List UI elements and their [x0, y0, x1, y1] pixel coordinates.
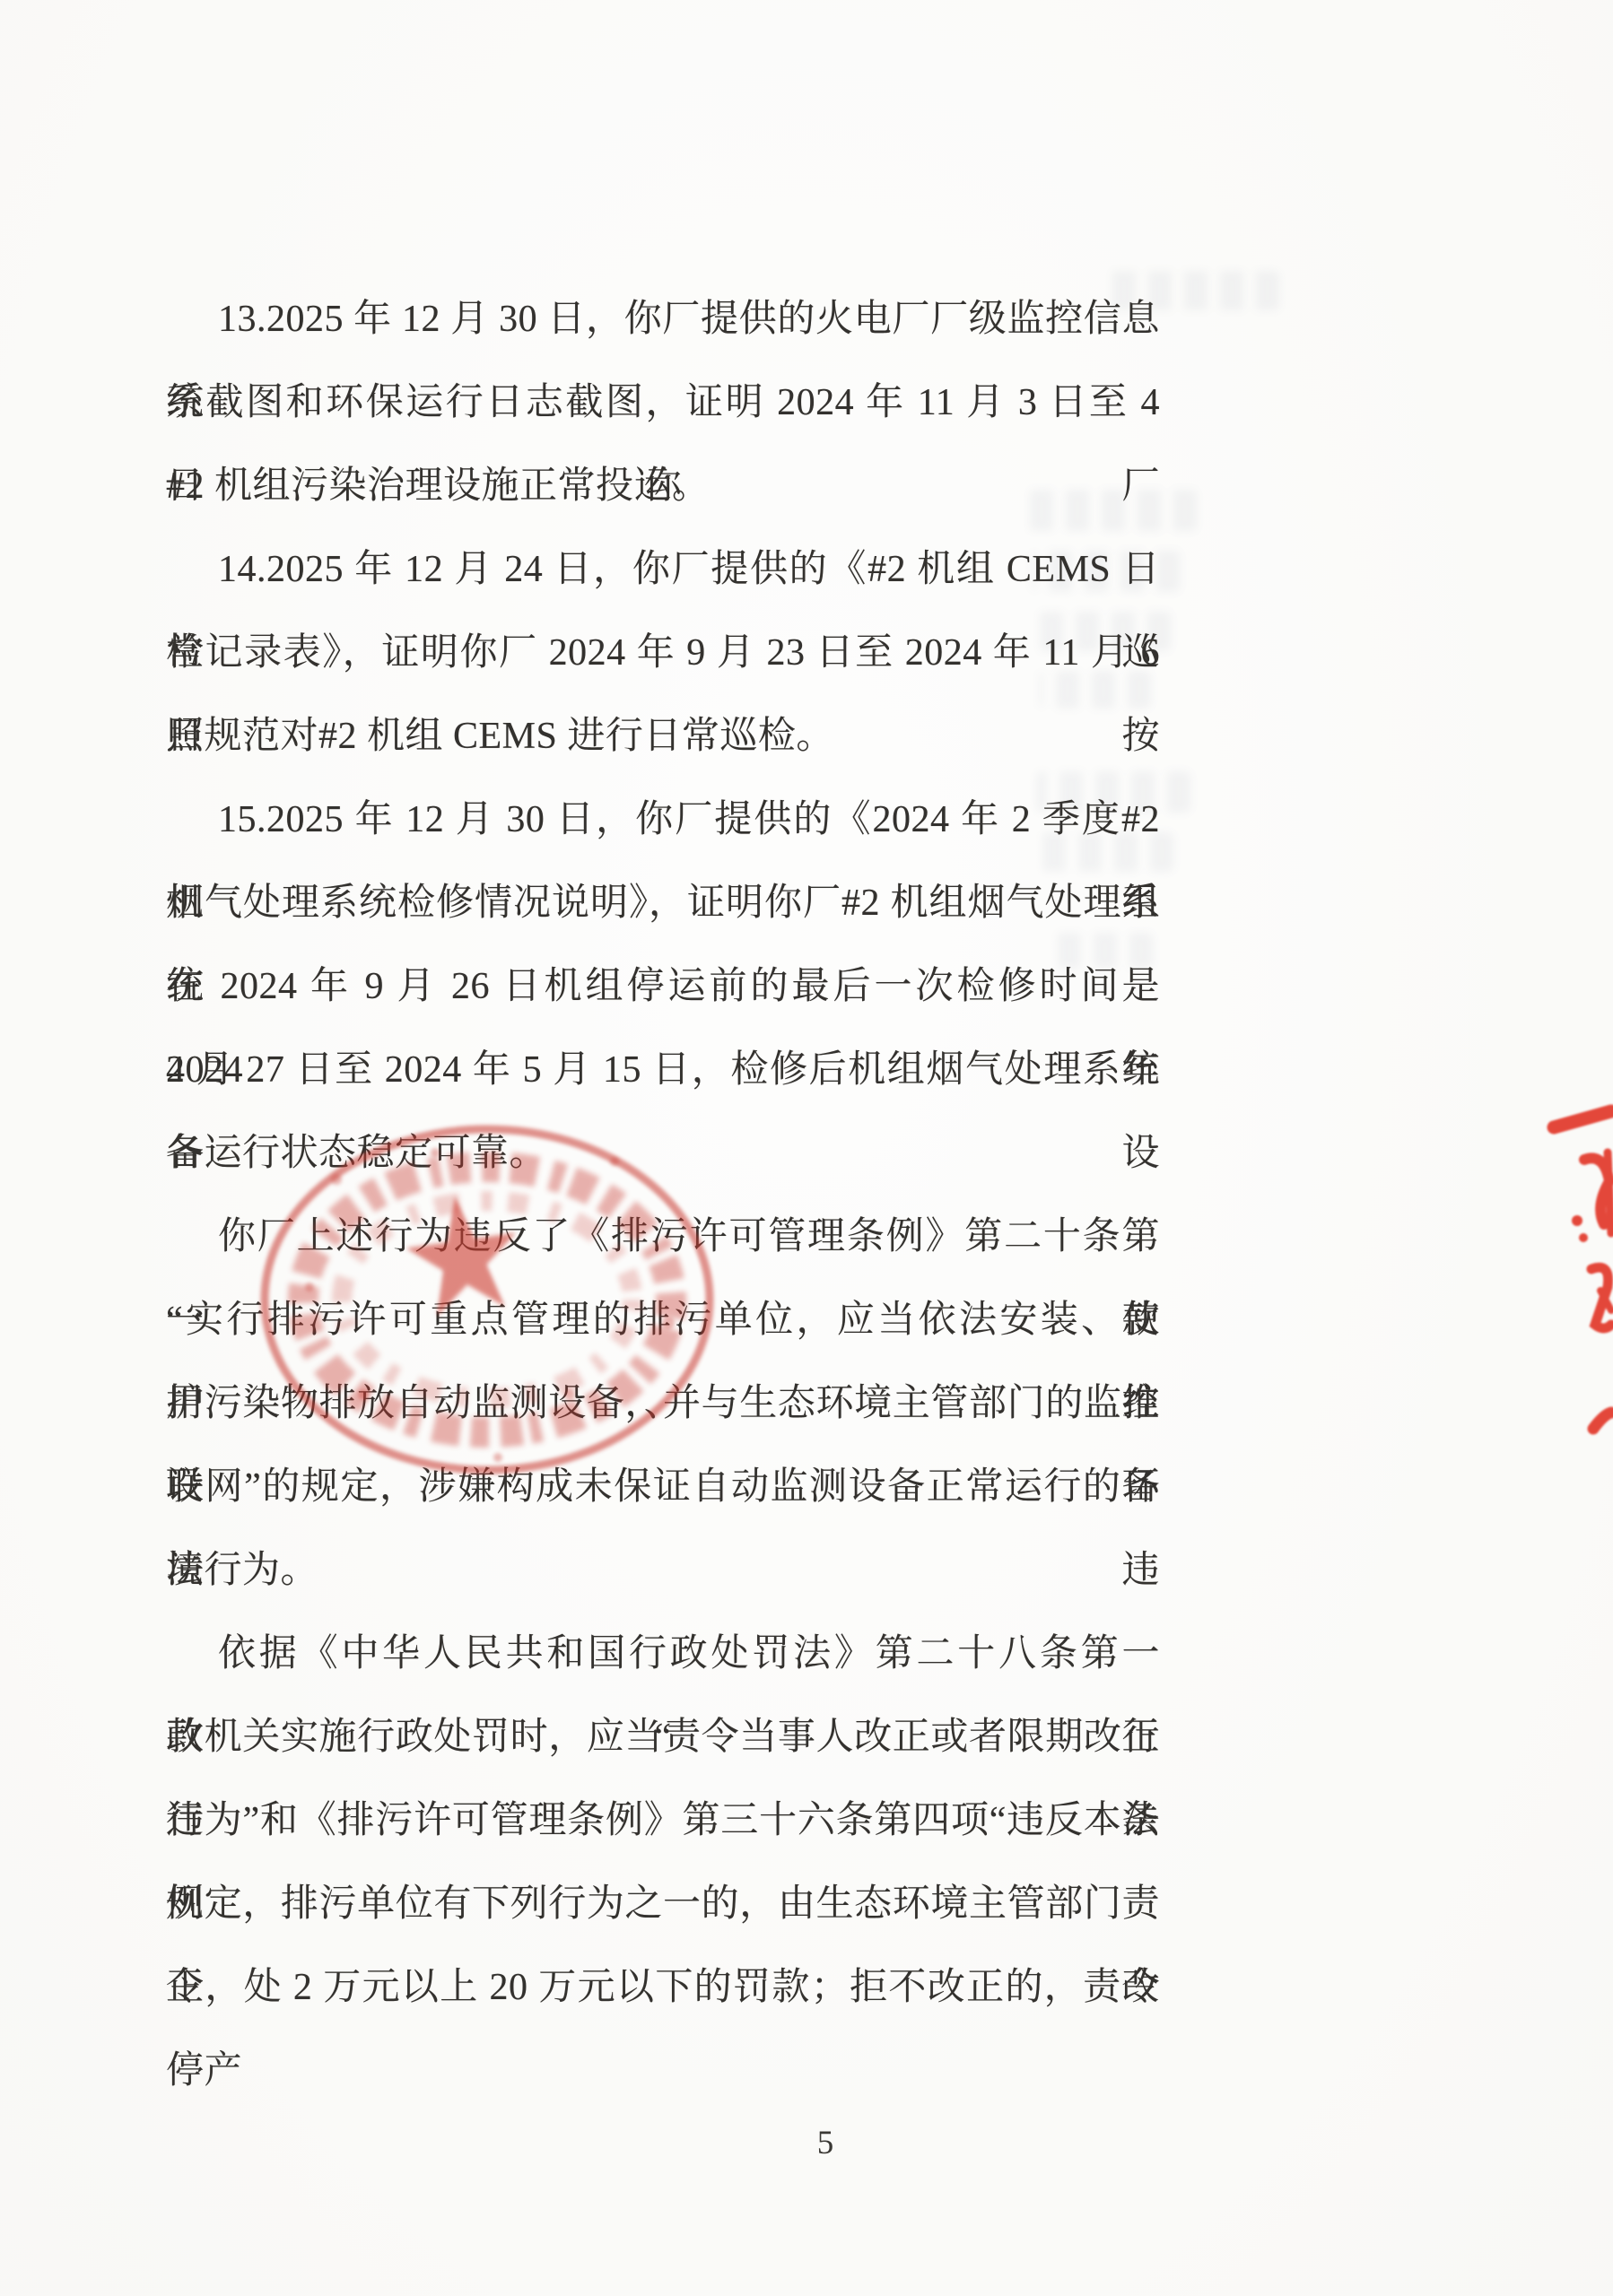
text-line: 在 2024 年 9 月 26 日机组停运前的最后一次检修时间是 2024 年 — [166, 945, 1160, 1029]
text-line: 规定，排污单位有下列行为之一的，由生态环境主管部门责令改 — [166, 1863, 1160, 1946]
text-line: 护污染物排放自动监测设备，并与生态环境主管部门的监控设备 — [166, 1362, 1160, 1446]
text-line: 政机关实施行政处罚时，应当责令当事人改正或者限期改正违法 — [166, 1696, 1160, 1779]
scanned-document-page: 13.2025 年 12 月 30 日，你厂提供的火电厂厂级监控信息系统截图和环… — [0, 0, 1613, 2296]
text-line: 15.2025 年 12 月 30 日，你厂提供的《2024 年 2 季度#2 … — [166, 778, 1160, 862]
text-line: 4 月 27 日至 2024 年 5 月 15 日，检修后机组烟气处理系统各设 — [166, 1029, 1160, 1112]
text-line: 14.2025 年 12 月 24 日，你厂提供的《#2 机组 CEMS 日常巡 — [166, 528, 1160, 612]
text-line: 统截图和环保运行日志截图，证明 2024 年 11 月 3 日至 4 日你厂 — [166, 361, 1160, 445]
text-line: 依据《中华人民共和国行政处罚法》第二十八条第一款“行 — [166, 1613, 1160, 1696]
document-body: 13.2025 年 12 月 30 日，你厂提供的火电厂厂级监控信息系统截图和环… — [166, 278, 1160, 2030]
text-line: 检记录表》，证明你厂 2024 年 9 月 23 日至 2024 年 11 月 … — [166, 612, 1160, 695]
edge-seal-graphic — [1541, 1099, 1613, 1475]
page-number: 5 — [0, 2124, 1613, 2162]
text-line: 正，处 2 万元以上 20 万元以下的罚款；拒不改正的，责令停产 — [166, 1946, 1160, 2030]
text-line: 烟气处理系统检修情况说明》，证明你厂#2 机组烟气处理系统 — [166, 862, 1160, 945]
text-line: 联网”的规定，涉嫌构成未保证自动监测设备正常运行的环境违 — [166, 1446, 1160, 1529]
text-line: 13.2025 年 12 月 30 日，你厂提供的火电厂厂级监控信息系 — [166, 278, 1160, 361]
text-line: 你厂上述行为违反了《排污许可管理条例》第二十条第一款 — [166, 1196, 1160, 1279]
text-line: 行为”和《排污许可管理条例》第三十六条第四项“违反本条例 — [166, 1779, 1160, 1863]
text-line: “实行排污许可重点管理的排污单位，应当依法安装、使用、维 — [166, 1279, 1160, 1362]
edge-seal-fragment — [1541, 1099, 1613, 1475]
